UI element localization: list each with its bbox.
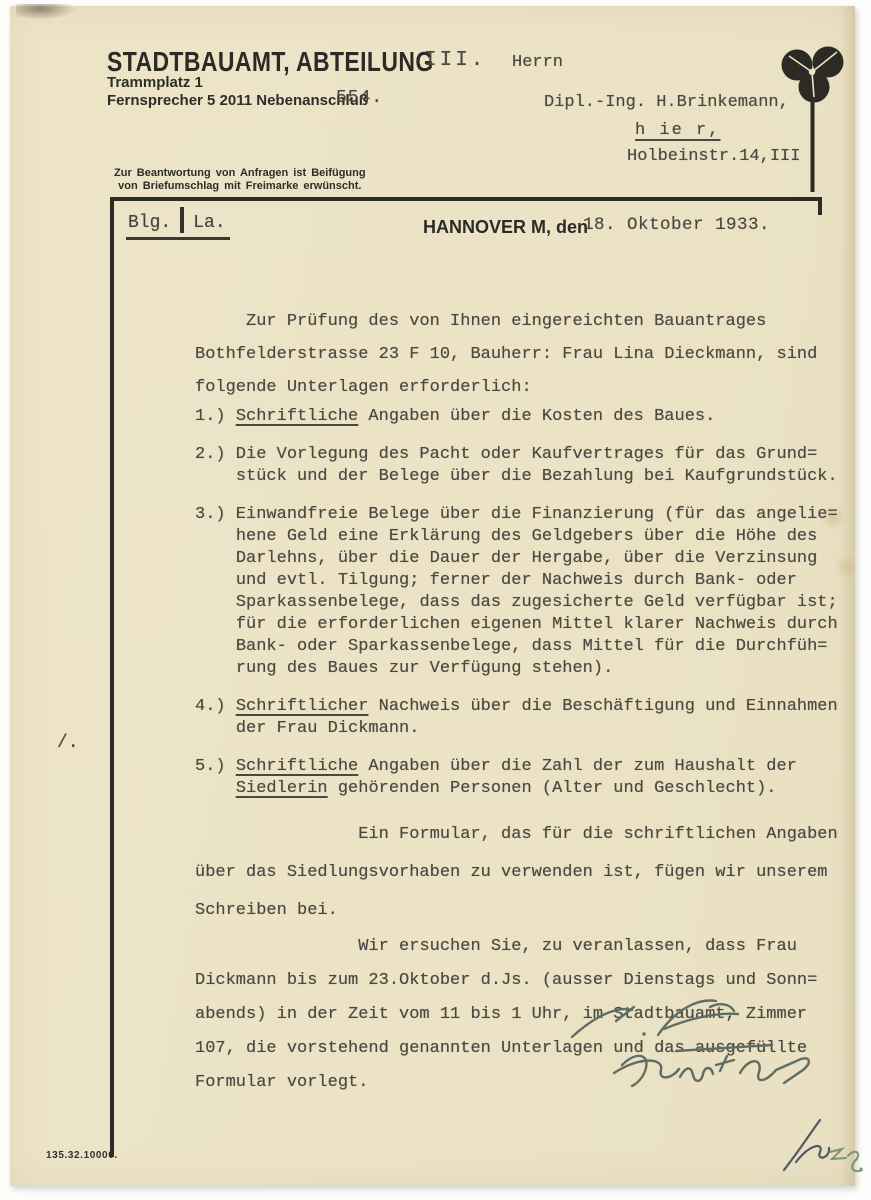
notice-text: Zur Beantwortung von Anfragen ist Beifüg…: [114, 167, 366, 193]
margin-mark: /.: [57, 733, 79, 753]
form-number: 135.32.10000.: [46, 1150, 118, 1161]
pencil-annotation: [772, 1112, 864, 1182]
item-1-text: Angaben über die Kosten des Baues.: [358, 407, 715, 426]
reference-divider: [180, 207, 184, 233]
list-item-5: 5.) Schriftliche Angaben über die Zahl d…: [195, 756, 855, 800]
letterhead-phone: Fernsprecher 5 2011 Nebenanschluß: [107, 92, 368, 109]
notice-box: Zur Beantwortung von Anfragen ist Beifüg…: [107, 166, 357, 193]
item-5-underlined-2: Siedlerin: [236, 779, 328, 798]
item-5-number: 5.): [195, 757, 236, 776]
recipient-name: Dipl.-Ing. H.Brinkemann,: [544, 93, 789, 112]
reference-block: Blg. La.: [126, 207, 230, 240]
recipient-location: h ie r,: [635, 121, 720, 140]
frame-top-rule: [110, 197, 822, 201]
notice-line-1: Zur Beantwortung von Anfragen ist Beifüg…: [114, 167, 366, 180]
item-1-number: 1.): [195, 407, 236, 426]
list-item-2: 2.) Die Vorlegung des Pacht oder Kaufver…: [195, 444, 855, 488]
item-5-text: gehörenden Personen (Alter und Geschlech…: [328, 779, 777, 798]
item-1-underlined: Schriftliche: [236, 407, 358, 426]
dateline-date: 18. Oktober 1933.: [583, 215, 770, 235]
list-item-1: 1.) Schriftliche Angaben über die Kosten…: [195, 406, 855, 428]
frame-right-tick: [818, 197, 822, 215]
recipient-salutation: Herrn: [512, 53, 563, 72]
formular-paragraph: Ein Formular, das für die schriftlichen …: [195, 816, 855, 930]
list-item-3: 3.) Einwandfreie Belege über die Finanzi…: [195, 504, 855, 680]
scanned-letter-page: STADTBAUAMT, ABTEILUNG III. Trammplatz 1…: [0, 0, 871, 1200]
item-4-number: 4.): [195, 697, 236, 716]
department-number: III.: [424, 49, 486, 72]
list-item-4: 4.) Schriftlicher Nachweis über die Besc…: [195, 696, 855, 740]
handwritten-signature: [558, 985, 858, 1095]
recipient-street: Holbeinstr.14,III: [627, 147, 800, 166]
item-4-underlined: Schriftlicher: [236, 697, 369, 716]
letterhead-address: Trammplatz 1: [107, 74, 203, 91]
frame-left-rule: [110, 197, 114, 1157]
reference-la: La.: [193, 213, 225, 233]
dateline-city: HANNOVER M, den: [423, 217, 588, 238]
item-5-underlined-1: Schriftliche: [236, 757, 358, 776]
corner-smudge: [16, 4, 76, 20]
hannover-cloverleaf-icon: [779, 44, 849, 192]
reference-blg: Blg.: [128, 213, 171, 233]
notice-line-2: von Briefumschlag mit Freimarke erwünsch…: [114, 180, 366, 193]
intro-paragraph: Zur Prüfung des von Ihnen eingereichten …: [195, 305, 855, 404]
phone-extension: 554.: [336, 88, 383, 108]
